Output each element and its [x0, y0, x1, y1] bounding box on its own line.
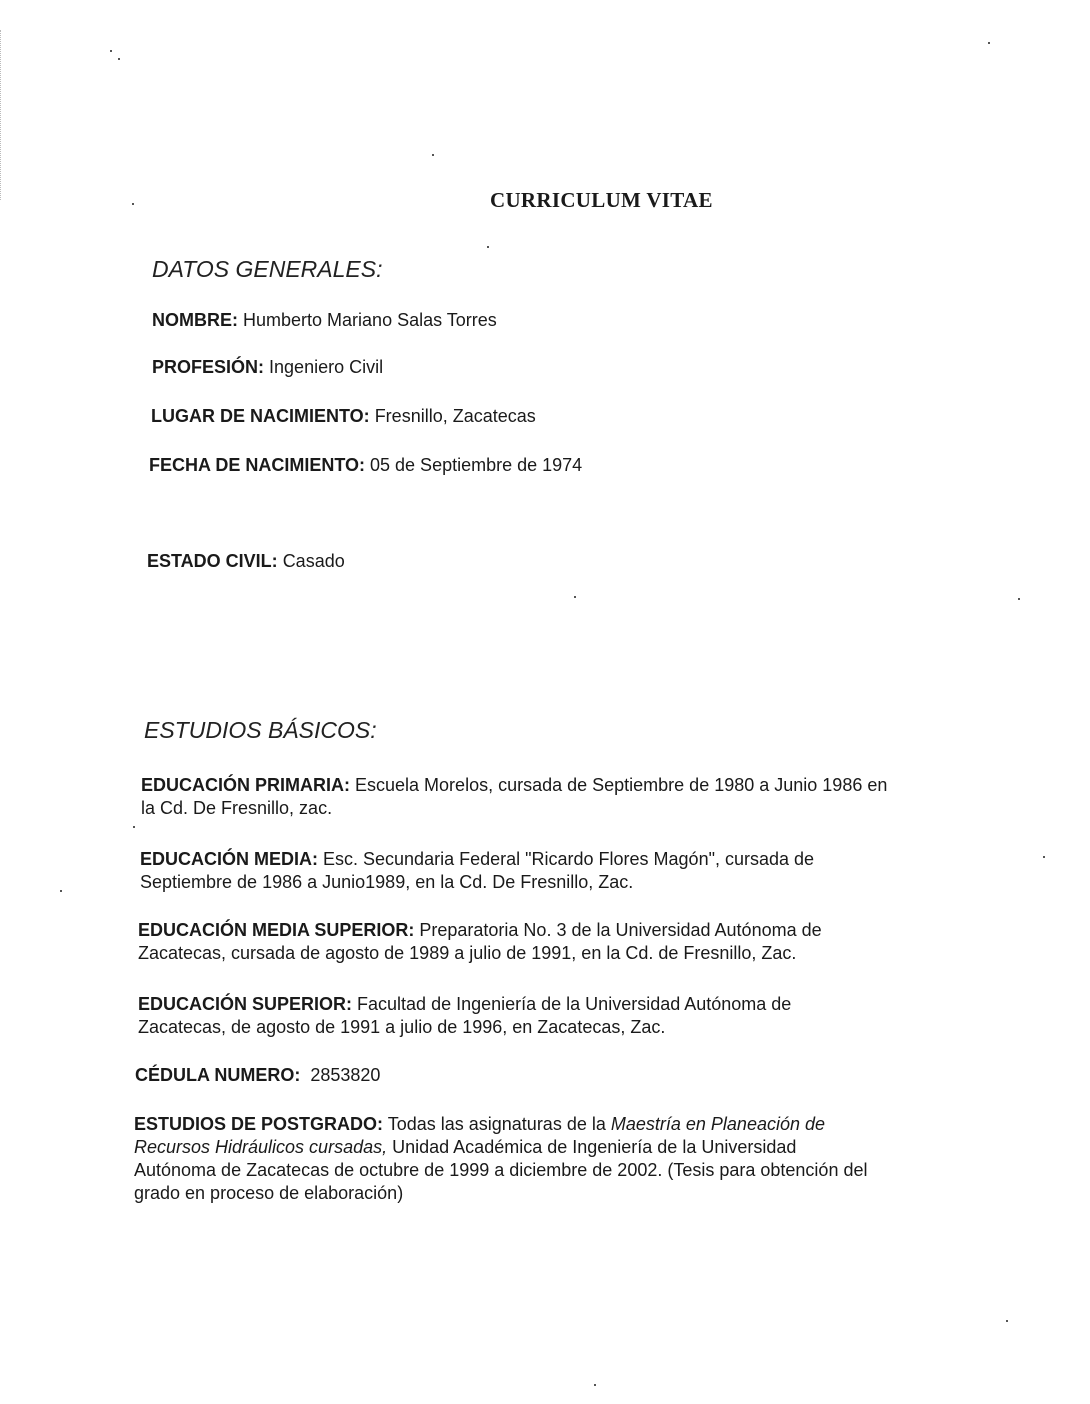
entry-label: EDUCACIÓN MEDIA:: [140, 849, 318, 869]
scan-speck: [60, 890, 62, 892]
entry-label: CÉDULA NUMERO:: [135, 1065, 300, 1085]
scan-speck: [487, 246, 489, 248]
entry-text: Preparatoria No. 3 de la Universidad Aut…: [419, 920, 821, 940]
entry-educacion-media: EDUCACIÓN MEDIA: Esc. Secundaria Federal…: [140, 848, 814, 894]
field-value: Ingeniero Civil: [269, 357, 383, 377]
entry-text: Septiembre de 1986 a Junio1989, en la Cd…: [140, 871, 814, 894]
field-label: PROFESIÓN:: [152, 357, 264, 377]
entry-label: EDUCACIÓN PRIMARIA:: [141, 775, 350, 795]
field-label: LUGAR DE NACIMIENTO:: [151, 406, 370, 426]
field-nombre: NOMBRE: Humberto Mariano Salas Torres: [152, 310, 497, 331]
entry-educacion-primaria: EDUCACIÓN PRIMARIA: Escuela Morelos, cur…: [141, 774, 887, 820]
scan-speck: [133, 826, 135, 828]
document-title: CURRICULUM VITAE: [490, 188, 713, 213]
entry-educacion-superior: EDUCACIÓN SUPERIOR: Facultad de Ingenier…: [138, 993, 791, 1039]
entry-text: grado en proceso de elaboración): [134, 1182, 867, 1205]
scan-speck: [118, 58, 120, 60]
program-name: Recursos Hidráulicos cursadas,: [134, 1137, 387, 1157]
field-label: FECHA DE NACIMIENTO:: [149, 455, 365, 475]
program-name: Maestría en Planeación de: [611, 1114, 825, 1134]
scan-edge-marks: [0, 30, 37, 200]
scan-speck: [1043, 856, 1045, 858]
entry-cedula: CÉDULA NUMERO: 2853820: [135, 1064, 380, 1087]
entry-label: ESTUDIOS DE POSTGRADO:: [134, 1114, 383, 1134]
field-value: Casado: [283, 551, 345, 571]
field-lugar-nacimiento: LUGAR DE NACIMIENTO: Fresnillo, Zacateca…: [151, 406, 536, 427]
scan-speck: [988, 42, 990, 44]
scan-speck: [432, 154, 434, 156]
entry-text: la Cd. De Fresnillo, zac.: [141, 797, 887, 820]
field-estado-civil: ESTADO CIVIL: Casado: [147, 551, 345, 572]
entry-text: Esc. Secundaria Federal "Ricardo Flores …: [323, 849, 814, 869]
entry-text: Autónoma de Zacatecas de octubre de 1999…: [134, 1159, 867, 1182]
entry-text: Facultad de Ingeniería de la Universidad…: [357, 994, 791, 1014]
field-value: 05 de Septiembre de 1974: [370, 455, 582, 475]
section-heading-datos-generales: DATOS GENERALES:: [152, 256, 383, 283]
field-label: ESTADO CIVIL:: [147, 551, 278, 571]
scan-speck: [1018, 598, 1020, 600]
entry-text: Zacatecas, cursada de agosto de 1989 a j…: [138, 942, 822, 965]
cedula-number: 2853820: [310, 1065, 380, 1085]
entry-text: Zacatecas, de agosto de 1991 a julio de …: [138, 1016, 791, 1039]
field-fecha-nacimiento: FECHA DE NACIMIENTO: 05 de Septiembre de…: [149, 455, 582, 476]
entry-postgrado: ESTUDIOS DE POSTGRADO: Todas las asignat…: [134, 1113, 867, 1205]
entry-text: Escuela Morelos, cursada de Septiembre d…: [355, 775, 887, 795]
field-label: NOMBRE:: [152, 310, 238, 330]
entry-text: Todas las asignaturas de la: [388, 1114, 606, 1134]
field-value: Fresnillo, Zacatecas: [375, 406, 536, 426]
entry-educacion-media-superior: EDUCACIÓN MEDIA SUPERIOR: Preparatoria N…: [138, 919, 822, 965]
scan-speck: [132, 203, 134, 205]
entry-text: Unidad Académica de Ingeniería de la Uni…: [392, 1137, 796, 1157]
scan-speck: [574, 596, 576, 598]
entry-label: EDUCACIÓN SUPERIOR:: [138, 994, 352, 1014]
scan-speck: [110, 50, 112, 52]
section-heading-estudios-basicos: ESTUDIOS BÁSICOS:: [144, 717, 377, 744]
scan-speck: [594, 1384, 596, 1386]
field-value: Humberto Mariano Salas Torres: [243, 310, 497, 330]
scan-speck: [1006, 1320, 1008, 1322]
field-profesion: PROFESIÓN: Ingeniero Civil: [152, 357, 383, 378]
entry-label: EDUCACIÓN MEDIA SUPERIOR:: [138, 920, 414, 940]
